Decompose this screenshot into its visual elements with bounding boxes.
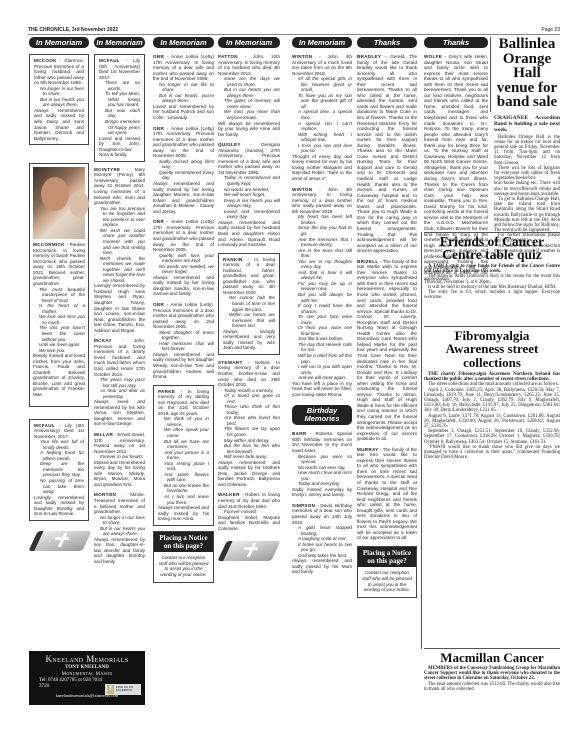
section-header: In Memoriam — [153, 37, 214, 48]
notice-intro: ORR - Annie Letitia (Letty) 17th Anniver… — [153, 219, 214, 252]
notice-verse: Quietly with love, your memories are kep… — [153, 253, 214, 275]
notice-closing: Always lovingly remembered and very sadl… — [223, 329, 275, 351]
notice-closing: Always remembered and sadly missed by he… — [153, 352, 214, 380]
verse-line: Until we meet again. — [39, 342, 85, 348]
verse-line: Deep are the memories too precious they … — [40, 461, 84, 478]
verse-line: For you may be up in Heaven now, — [298, 281, 352, 292]
verse-line: Silent thoughts of times together, — [159, 330, 214, 341]
verse-line: A special time, a special face, — [298, 109, 352, 120]
notice: MCCORMICK - Pauline McCormick. In loving… — [33, 242, 85, 397]
notice-name: MILLAR — [94, 432, 113, 437]
notice-name: BRIZELL — [357, 259, 379, 264]
notice-verse: Of all the special gifts in life, howeve… — [292, 76, 352, 154]
notice-intro: MCCOOK - Clarence. Precious memories of … — [34, 58, 84, 86]
section-header: Thanks — [357, 37, 417, 48]
verse-line: But no one knows the heartache, — [164, 483, 209, 494]
verse-line: Within our hearts are memories that will… — [229, 312, 275, 329]
notice-name: MORTON — [94, 492, 116, 497]
notice: MILLAR - Ernest David, 11th Anniversary.… — [94, 432, 145, 487]
verse-line: Are those who loved him best. — [224, 415, 280, 426]
bible-icon — [218, 537, 280, 567]
notice-closing: Lovingly remembered by husband Hugh sons… — [94, 283, 145, 333]
verse-line: A laughing smile at rest, — [298, 536, 352, 542]
bible-icon — [29, 527, 89, 557]
fibromyalgia-headline: Fibromyalgia Awareness street collection… — [424, 329, 560, 369]
section-header: In Memoriam — [29, 37, 89, 48]
notice-closing: Always remembered by son Dan, daughter-i… — [94, 537, 145, 565]
notice-name: STEWART — [218, 360, 243, 365]
verse-line: As near and dear as yesterday. — [100, 388, 145, 399]
verse-line: Since the day you had to go, — [298, 225, 352, 236]
verse-line: But the love for him who lies beneath, — [224, 443, 280, 454]
verse-line: Loved and remembered every day. — [224, 209, 280, 220]
notice-closing: Deeply missed and loved mother, from you… — [33, 353, 85, 397]
verse-line: How much I love and miss you. — [298, 470, 352, 481]
verse-line: We wish we could share just another mome… — [100, 228, 145, 256]
verse-line: And place flowers with care, — [164, 472, 209, 483]
verse-line: But all we have are memories, — [164, 439, 209, 450]
macmillan-headline: Macmillan Cancer — [424, 651, 560, 664]
notice-closing: Always remembered and sadly missed by wi… — [34, 108, 84, 141]
notice: MORTON - Minnie. Treasured memories of a… — [94, 492, 145, 564]
article-paragraph: To get to Ballinlea Orange Hall, take th… — [494, 197, 560, 233]
notice-name: MCINTYRE — [94, 167, 120, 172]
notice: STEWART - Nelson. In loving memory of a … — [218, 360, 280, 488]
notice-intro: MCKAY - John. Precious and loving memori… — [94, 338, 145, 377]
verse-line: Or hear your voice one final time, — [298, 325, 352, 336]
verse-line: A gold heart stopped beating, — [298, 525, 352, 536]
notice-name: ORR — [153, 54, 164, 59]
notice-verse: My heart has been left broken.Since the … — [292, 214, 352, 380]
ad-title: Kneeland Memorials — [29, 654, 145, 664]
notice-name: MURRAY — [357, 447, 379, 452]
verse-line: We think of you in silence, — [164, 416, 209, 427]
verse-line: With aching heart I whisper low, — [298, 132, 352, 143]
notice-verse: We think of you in silence,We often spea… — [158, 416, 209, 505]
notice-intro-text: - Annie Letitia (Letty) 17th Anniversary… — [153, 126, 214, 159]
notice-verse: Sadly missed along life's way,Quietly re… — [153, 159, 214, 181]
verse-line: No words are needed, we never forget. — [159, 264, 214, 275]
placing-notice-box[interactable]: Placing a Notice on this page?Contact ou… — [153, 531, 214, 583]
article-paragraph: August 6, Larne, £371.78; August 13, Coo… — [424, 414, 560, 430]
article-paragraph: "FMANI would like to thank those who did… — [424, 445, 560, 461]
article-paragraph: There will be lots of bargains for every… — [494, 166, 560, 197]
notice-verse: Today is remembered and quietly kept,No … — [218, 175, 280, 219]
notice-verse: We cannot halt the hands of time or live… — [223, 295, 275, 328]
cancer-quiz-article: Friends of Cancer Centre table quiz A TA… — [424, 232, 560, 300]
placing-title: Placing a Notice on this page? — [154, 532, 213, 552]
verse-line: And we will meet again. — [298, 375, 352, 381]
notice-intro: ORR - Annie Letitia (Letty) 17th Anniver… — [153, 54, 214, 82]
column-5: In MemoriamWINTON - John. 4th Anniversar… — [292, 37, 352, 580]
verse-line: Are in the tears that still flow. — [298, 248, 352, 259]
verse-line: Forever in our hearts. — [100, 454, 145, 460]
ballinlea-lead: CRAIGANEE Accordion Band is holding a sa… — [494, 115, 560, 133]
notice-name: MCCORMICK — [33, 242, 65, 247]
notice-intro: MILLAR - Ernest David, 11th Anniversary.… — [94, 432, 145, 454]
notice-name: PATTON — [218, 54, 238, 59]
notice-name: RANKIN — [223, 257, 243, 262]
notice-body: - The family of the late Ken would like … — [357, 447, 417, 541]
cancer-quiz-headline: Friends of Cancer Centre table quiz — [424, 235, 560, 261]
verse-line: No longer in our lives to share, — [100, 515, 145, 526]
notice: BRADLEY - Gerald. The family of the late… — [357, 54, 417, 254]
verse-line: It broke our hearts to see you go, — [298, 542, 352, 553]
column-6: ThanksBRADLEY - Gerald. The family of th… — [357, 37, 417, 598]
notice-intro-text: - Annie Letitia (Letty) 17th Anniversary… — [153, 219, 214, 252]
placing-notice-box[interactable]: Placing a Notice on this page?Contact ou… — [357, 546, 417, 598]
notice-name: WOLFE — [424, 54, 442, 59]
notice-verse: Because you were so special,No words can… — [292, 454, 352, 487]
article-paragraph: The street collections and the total amo… — [424, 382, 560, 387]
article-paragraph: THE charity Fibromyalgia Awareness North… — [424, 372, 560, 382]
verse-line: My heart has been left broken. — [298, 214, 352, 225]
notice-name: WALKER — [218, 492, 240, 497]
notice-closing: Always remembered and sadly missed by he… — [153, 181, 214, 214]
section-header: In Memoriam — [94, 37, 145, 48]
notice-intro-text: - John. Precious and loving memories of … — [94, 338, 145, 376]
placing-title: Placing a Notice on this page? — [358, 547, 416, 567]
notice-intro-text: - Mary McIntyre (Penny) 8th Anniversary … — [94, 167, 145, 205]
ad-name: TONY KNEELAND — [29, 665, 145, 670]
notice-intro: WINTON - John. 4th Anniversary. In lovin… — [292, 187, 352, 215]
verse-line: Gone are the days we used to share, — [224, 76, 280, 87]
notice-intro: MORTON - Minnie. Treasured memories of a… — [94, 492, 145, 514]
notice-closing: Lovingly remembered and sadly missed by … — [34, 495, 84, 517]
notice-intro: BARR - Roberta. Special 60th birthday me… — [292, 431, 352, 453]
notice-closing: Daughters Isobel, Marjorie and families … — [218, 515, 280, 532]
verse-line: If only I could have the chance, — [298, 303, 352, 314]
notice: PARKE - In loving memory of my darling s… — [153, 385, 214, 526]
article-paragraph: The entry fee is £3, which includes a li… — [424, 290, 560, 300]
photo-image — [33, 167, 85, 239]
verse-line: We love and miss you so much. — [39, 314, 85, 325]
notice-intro: MCCORMICK - Pauline McCormick. In loving… — [33, 242, 85, 286]
notice-intro: ORR - Annie Letitia (Letty) 17th Anniver… — [153, 126, 214, 159]
notice: MURRAY - The family of the late Ken woul… — [357, 447, 417, 541]
verse-line: We often speak your name, — [164, 427, 209, 438]
verse-line: Hold memories that will last forever. — [159, 341, 214, 352]
notice-name: BARR — [292, 431, 306, 436]
notice-intro: MCFAUL - Lily (5th Anniversary) Died 1st… — [34, 423, 84, 440]
notice-closing: Missed and remembered every day by his l… — [94, 460, 145, 488]
notice-intro: WINTON - John. 4th Anniversary of a much… — [292, 54, 352, 76]
notice-name: WINTON — [292, 187, 312, 192]
notice-name: ORR — [153, 219, 164, 224]
verse-line: No longer in our life to share, — [159, 82, 214, 93]
notice: SIMPSON - David. Birthday memories of a … — [292, 503, 352, 575]
verse-line: And the memories that I treasure dearly, — [298, 237, 352, 248]
verse-line: But in our hearts, you're always there. — [159, 93, 214, 104]
verse-line: You are too precious to be forgotten and… — [100, 206, 145, 228]
notice-closing: Always remembered and sadly missed by he… — [153, 275, 214, 297]
notice-name: MCFAUL — [99, 58, 120, 63]
verse-line: Brings memories Of happy years we spent. — [105, 119, 140, 136]
notice-body: - The family of the late Martie wish to … — [357, 259, 417, 442]
notice: MCFAUL - Lily (5th Anniversary) Died 1st… — [94, 54, 145, 162]
notice: ORR - Annie Letitia (Letty) 17th Anniver… — [153, 126, 214, 215]
birthday-memories-header: Birthday Memories — [292, 405, 352, 425]
notice-verse: The years may pass but still you stay,As… — [94, 377, 145, 399]
notice-name: ORR — [153, 126, 164, 131]
verse-line: But now each day, — [105, 108, 140, 119]
notice-intro: QUIGLEY - Georgina Alexandra (Sandra), 2… — [218, 142, 280, 175]
verse-line: Today is remembered and quietly kept, — [224, 175, 280, 186]
verse-line: And your picture in a frame, — [164, 450, 209, 461]
notice-name: ORR — [153, 302, 164, 307]
verse-line: A special son I can't replace. — [298, 121, 352, 132]
article-paragraph: September 3, Omagh, £253.51; September 1… — [424, 429, 560, 445]
notice-closing: Loved and missed by Son John, Daughter-i… — [99, 136, 140, 158]
verse-line: You are in my thoughts every day, — [298, 259, 352, 270]
notice-verse: Today recalls a memory,Of a loved one go… — [218, 388, 280, 460]
notice-intro: MCFAUL - Lily (5th Anniversary) Died 1st… — [99, 58, 140, 80]
verse-line: Deep in our hearts you will always stay, — [224, 198, 280, 209]
notice-name: SIMPSON — [292, 503, 315, 508]
verse-line: No longer in our lives to share, — [40, 86, 84, 97]
notice: WALKER - Robert. In loving memory of my … — [218, 492, 280, 531]
notice-name: BRADLEY — [357, 54, 381, 59]
notice-closing: You have left a place in my heart that w… — [292, 381, 352, 398]
verse-line: I will run to you with open arms, — [298, 364, 352, 375]
verse-line: To tell you Mum, What losing you has mea… — [105, 91, 140, 108]
memorial-photo: MCCORMICK - Pauline McCormick. In loving… — [29, 163, 89, 406]
notice-intro: MCINTYRE - Mary McIntyre (Penny) 8th Ann… — [94, 167, 145, 206]
notice-verse: Gone are the days we used to share,But i… — [218, 76, 280, 120]
notice-intro: PARKE - In loving memory of my darling s… — [158, 389, 209, 417]
notice-name: PARKE — [158, 389, 175, 394]
column-4: In MemoriamPATTON - John. 10th Anniversa… — [218, 37, 280, 573]
notice-name: MCCOOK — [34, 58, 57, 63]
verse-line: We cannot halt the hands of time or live… — [229, 295, 275, 312]
section-header: In Memoriam — [292, 37, 352, 48]
notice-name: QUIGLEY — [218, 142, 241, 147]
notice: ORR - Annie Letitia (Letty) 17th Anniver… — [153, 219, 214, 297]
notice: QUIGLEY - Georgina Alexandra (Sandra), 2… — [218, 142, 280, 247]
notice-name: MCFAUL — [34, 423, 55, 428]
verse-line: But you will always be with me. — [298, 292, 352, 303]
column-2: In MemoriamMCFAUL - Lily (5th Anniversar… — [94, 37, 145, 570]
notice-intro-text: - In loving memory of a dear husband, fa… — [223, 257, 275, 295]
notice-closing: Always loved and remembered by his wife … — [94, 399, 145, 427]
verse-line: I miss you son and love you so. — [298, 143, 352, 154]
kneeland-memorials-ad[interactable]: Kneeland Memorials TONY KNEELAND Monumen… — [29, 651, 145, 705]
verse-line: To have you as my son was the greatest g… — [298, 93, 352, 110]
notice-verse: Silent thoughts of times together,Hold m… — [153, 330, 214, 352]
fibromyalgia-article: Fibromyalgia Awareness street collection… — [424, 326, 560, 460]
verse-line: And that is how it will always be, — [298, 270, 352, 281]
verse-line: But in our hearts you are always there. — [40, 97, 84, 108]
article-paragraph: A TABLE quiz to raise funds for Friends … — [424, 264, 560, 274]
verse-line: Your life was full of kindly deeds, — [40, 439, 84, 450]
verse-line: The day that Heaven calls for me, — [298, 342, 352, 353]
notice-closing: Will always be remembered by your loving… — [218, 121, 280, 138]
notice-verse: Forever in our hearts. — [94, 454, 145, 460]
publication-date: THE CHRONICLE, 3rd November 2022 — [28, 27, 118, 33]
section-header: Thanks — [424, 37, 488, 48]
column-3: In MemoriamORR - Annie Letitia (Letty) 1… — [153, 37, 214, 583]
article-paragraph: April 2, Coleraine, £405.25; April 30, B… — [424, 388, 560, 414]
verse-line: The most beautiful masterpiece of the he… — [39, 287, 85, 304]
verse-line: Sadly missed along life's way, — [159, 159, 214, 170]
notice: ORR - Annie Letitia (Letty) 17th Anniver… — [153, 54, 214, 121]
ad-role: Monumental Mason — [29, 671, 145, 677]
notice-verse: A gold heart stopped beating,A laughing … — [292, 525, 352, 558]
notice: PATTON - John. 10th Anniversary. In lovi… — [218, 54, 280, 137]
ballinlea-headline: Ballinlea Orange Hall venue for band sal… — [494, 37, 560, 110]
notice-closing: Loved and remembered by her husband Patr… — [153, 104, 214, 121]
notice-name: MCKAY — [94, 338, 112, 343]
notice-closing: Always remembered and sadly missed by hi… — [158, 505, 209, 522]
notice-closing: Sadly missed everyday by Evelyn, Jimmy a… — [292, 487, 352, 498]
article-paragraph: MEMBERS of the Causeway Fundraising Grou… — [424, 666, 560, 682]
notice-verse: Your life was full of kindly deeds,A hel… — [34, 439, 84, 494]
article-paragraph: The total amount collected was £512.60. … — [424, 682, 560, 692]
notice-closing: Always remembered and sadly missed by hi… — [218, 460, 280, 488]
masthead: THE CHRONICLE, 3rd November 2022 Page 23 — [28, 27, 560, 35]
notice-body: - Gerald. The family of the late Gerald … — [357, 54, 417, 253]
verse-line: As I turn and leave you there. — [164, 494, 209, 505]
notice-intro-text: - Pauline McCormick. In loving memory of… — [33, 242, 85, 286]
verse-line: Will be a relief from all this pain, — [298, 353, 352, 364]
page-number: Page 23 — [541, 27, 560, 33]
macmillan-article: Macmillan Cancer MEMBERS of the Causeway… — [424, 648, 560, 692]
verse-line: Of a loved one gone to rest, — [224, 393, 280, 404]
ballinlea-article: Ballinlea Orange Hall venue for band sal… — [494, 37, 560, 259]
notice: BRIZELL - The family of the late Martie … — [357, 259, 417, 442]
notice-verse: No longer in our lives to share,But in o… — [34, 86, 84, 108]
notice-closing: Thought of every day and sorely missed f… — [292, 154, 352, 182]
notice-verse: The most beautiful masterpiece of the he… — [33, 287, 85, 354]
notice-closing: Always remembered and sadly missed by he… — [218, 220, 280, 248]
verse-line: Those who think of him today, — [224, 404, 280, 415]
notice-closing: Always remembered and sadly missed by hi… — [292, 558, 352, 575]
verse-line: Of all the special gifts in life, howeve… — [298, 76, 352, 93]
verse-line: No passing of time can take them away. — [40, 478, 84, 495]
verse-line: The gates of memory will never close, — [224, 98, 280, 109]
verse-line: A helping hand for others needs, — [40, 450, 84, 461]
notice-intro: SIMPSON - David. Birthday memories of a … — [292, 503, 352, 525]
notice: BARR - Roberta. Special 60th birthday me… — [292, 431, 352, 498]
notice-intro: STEWART - Nelson. In loving memory of a … — [218, 360, 280, 388]
notice: ORR - Annie Letitia (Letty). Precious me… — [153, 302, 214, 380]
notice-intro: PATTON - John. 10th Anniversary. In lovi… — [218, 54, 280, 76]
verse-line: Quietly with love, your memories are kep… — [159, 253, 214, 264]
notice-intro: WALKER - Robert. In loving memory of my … — [218, 492, 280, 509]
notice-verse: You are too precious to be forgotten and… — [94, 206, 145, 284]
verse-line: The flowers we lay upon his grave, — [224, 426, 280, 437]
notice: MCFAUL - Lily (5th Anniversary) Died 1st… — [29, 419, 89, 521]
verse-line: We miss you more than anyone knows. — [224, 109, 280, 120]
placing-body: Contact our reception staff who will be … — [358, 567, 416, 597]
verse-line: The last year hasn't been the same witho… — [39, 325, 85, 342]
verse-line: To see your face once more, — [298, 314, 352, 325]
ad-tel: Tel: 0748 4207785 or 028 7034 3728 — [29, 678, 103, 689]
notice-intro: ORR - Annie Letitia (Letty). Precious me… — [153, 302, 214, 330]
notice-intro-text: - Georgina Alexandra (Sandra), 27th Anni… — [218, 142, 280, 175]
column-1: In MemoriamMCCOOK - Clarence. Precious m… — [29, 37, 89, 563]
verse-line: But in our hearts you are always there. — [100, 526, 145, 537]
verse-line: Quietly remembered every day. — [159, 170, 214, 181]
facebook-icon[interactable]: FIND US ON FACEBOOK — [105, 684, 141, 695]
section-header: In Memoriam — [218, 37, 280, 48]
notice-intro: RANKIN - In loving memory of a dear husb… — [223, 257, 275, 296]
notice-name: WINTON — [292, 54, 312, 59]
verse-line: Your resting place I visit, — [164, 461, 209, 472]
notice: MCINTYRE - Mary McIntyre (Penny) 8th Ann… — [94, 167, 145, 333]
verse-line: Is the heart of a mother. — [39, 303, 85, 314]
notice: WINTON - John. 4th Anniversary of a much… — [292, 54, 352, 182]
article-paragraph: Ballinlea Orange Hall is the venue for a… — [494, 135, 560, 166]
notice: MCKAY - John. Precious and loving memori… — [94, 338, 145, 427]
notice: MCCOOK - Clarence. Precious memories of … — [29, 54, 89, 145]
verse-line: There are no words. — [105, 80, 140, 91]
placing-body: Contact our reception staff who will be … — [154, 552, 213, 582]
verse-line: The years may pass but still you stay, — [100, 377, 145, 388]
notice: RANKIN - In loving memory of a dear husb… — [218, 253, 280, 355]
verse-line: Because you were so special, — [298, 454, 352, 465]
notice-verse: No longer in our life to share,But in ou… — [153, 82, 214, 104]
notice: WINTON - John. 4th Anniversary. In lovin… — [292, 187, 352, 398]
article-paragraph: The Railway Arms (Johnston's Bar) is the… — [424, 274, 560, 284]
notice-verse: There are no words.To tell you Mum, What… — [99, 80, 140, 135]
notice-verse: No longer in our lives to share,But in o… — [94, 515, 145, 537]
verse-line: We'll cherish the memories we made toget… — [100, 256, 145, 284]
verse-line: But in our hearts you are always there. — [224, 87, 280, 98]
